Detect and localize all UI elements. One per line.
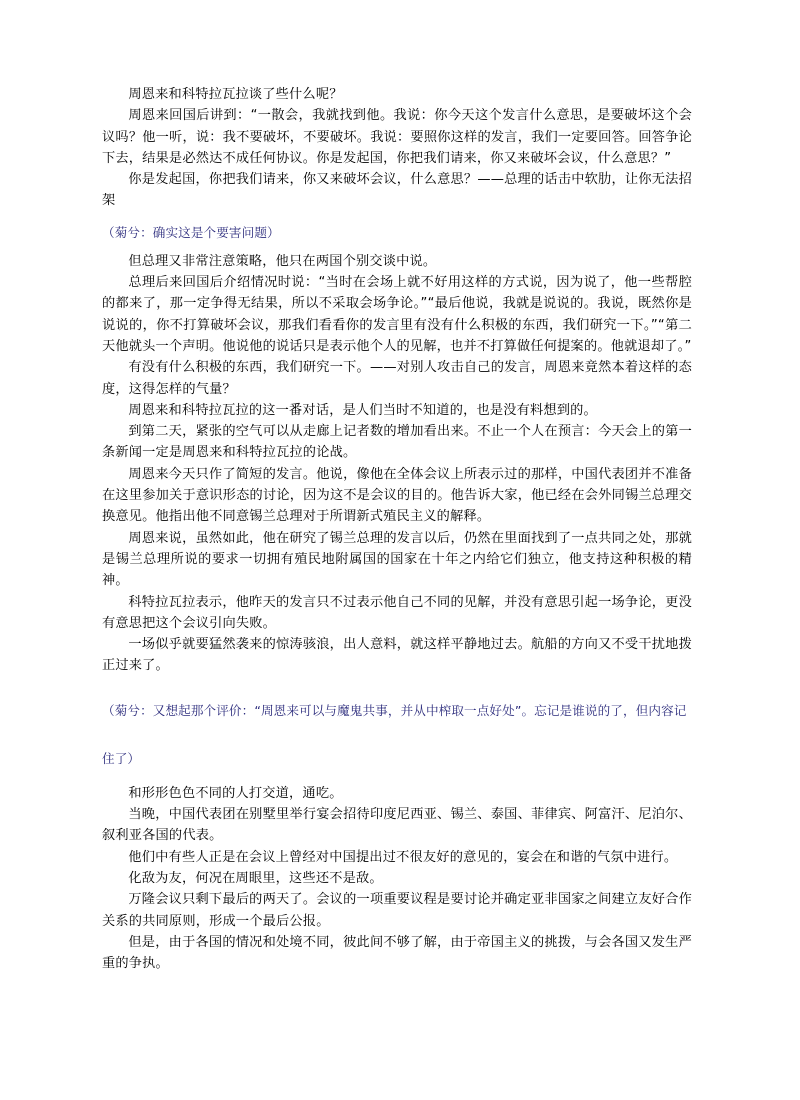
paragraph: 万隆会议只剩下最后的两天了。会议的一项重要议程是要讨论并确定亚非国家之间建立友好… (102, 889, 692, 932)
paragraph: 周恩来今天只作了简短的发言。他说，像他在全体会议上所表示过的那样，中国代表团并不… (102, 464, 692, 528)
paragraph: 你是发起国，你把我们请来，你又来破坏会议，什么意思？——总理的话击中软肋，让你无… (102, 169, 692, 212)
paragraph: 当晚，中国代表团在别墅里举行宴会招待印度尼西亚、锡兰、泰国、菲律宾、阿富汗、尼泊… (102, 804, 692, 847)
paragraph: 科特拉瓦拉表示，他昨天的发言只不过表示他自己不同的见解，并没有意思引起一场争论，… (102, 592, 692, 635)
editor-note: （菊兮：又想起那个评价：“周恩来可以与魔鬼共事，并从中榨取一点好处”。忘记是谁说… (102, 687, 692, 783)
paragraph: 到第二天，紧张的空气可以从走廊上记者数的增加看出来。不止一个人在预言：今天会上的… (102, 421, 692, 464)
paragraph: 一场似乎就要猛然袭来的惊涛骇浪，出人意料，就这样平静地过去。航船的方向又不受干扰… (102, 634, 692, 677)
paragraph: 他们中有些人正是在会议上曾经对中国提出过不很友好的意见的，宴会在和谐的气氛中进行… (102, 847, 692, 868)
document-page: 周恩来和科特拉瓦拉谈了些什么呢？ 周恩来回国后讲到：“一散会，我就找到他。我说：… (102, 84, 692, 974)
paragraph: 总理后来回国后介绍情况时说：“当时在会场上就不好用这样的方式说，因为说了，他一些… (102, 272, 692, 357)
paragraph: 但是，由于各国的情况和处境不同，彼此间不够了解，由于帝国主义的挑拨，与会各国又发… (102, 932, 692, 975)
editor-note: （菊兮：确实这是个要害问题） (102, 222, 692, 243)
paragraph: 化敌为友，何况在周眼里，这些还不是敌。 (102, 868, 692, 889)
paragraph: 周恩来和科特拉瓦拉谈了些什么呢？ (102, 84, 692, 105)
paragraph: 和形形色色不同的人打交道，通吃。 (102, 783, 692, 804)
paragraph: 周恩来说，虽然如此，他在研究了锡兰总理的发言以后，仍然在里面找到了一点共同之处，… (102, 528, 692, 592)
paragraph: 有没有什么积极的东西，我们研究一下。——对别人攻击自己的发言，周恩来竟然本着这样… (102, 357, 692, 400)
paragraph: 但总理又非常注意策略，他只在两国个别交谈中说。 (102, 251, 692, 272)
paragraph: 周恩来回国后讲到：“一散会，我就找到他。我说：你今天这个发言什么意思，是要破坏这… (102, 105, 692, 169)
paragraph: 周恩来和科特拉瓦拉的这一番对话，是人们当时不知道的，也是没有料想到的。 (102, 400, 692, 421)
